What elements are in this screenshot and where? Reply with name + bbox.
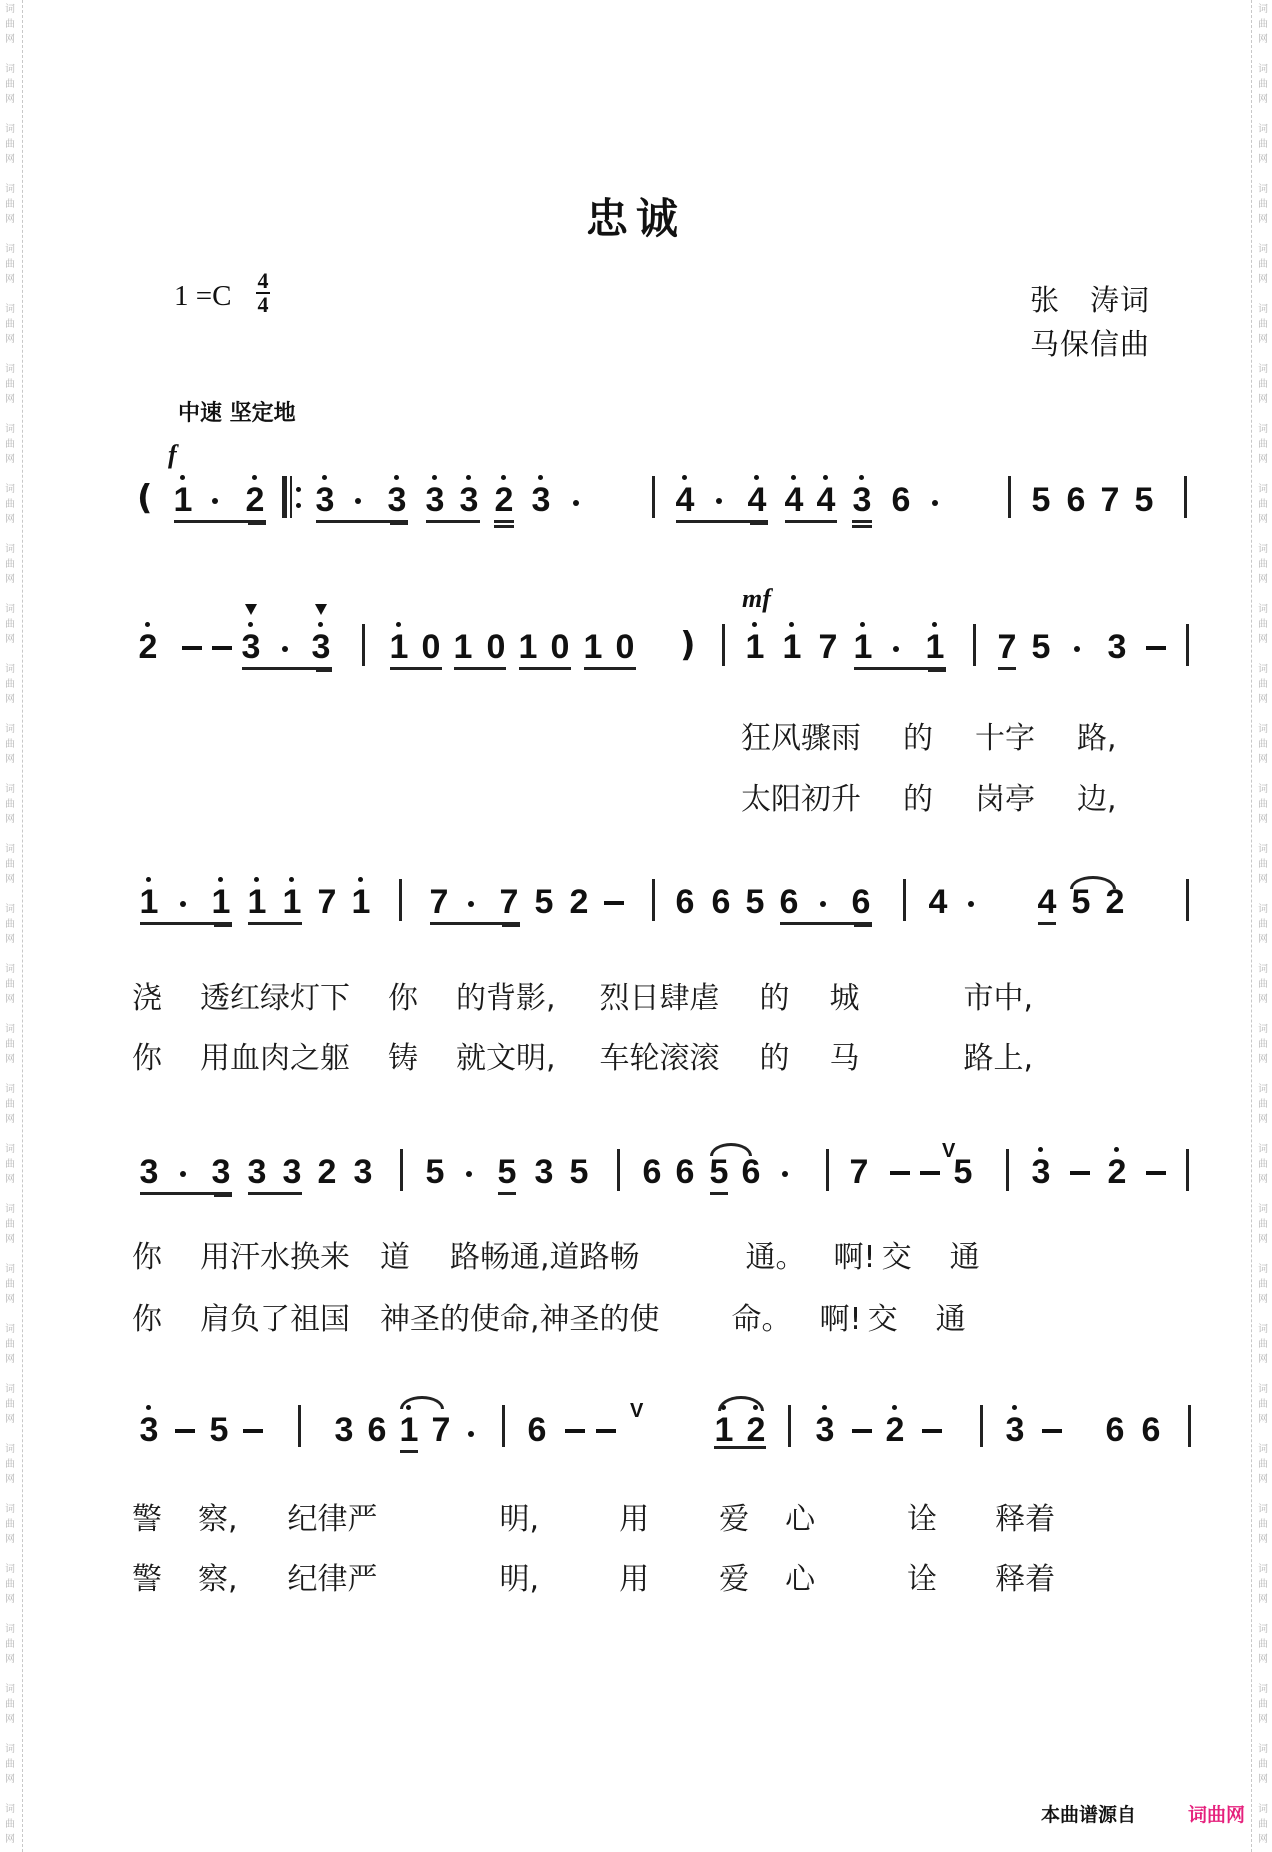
underline — [785, 520, 837, 523]
extension-dash — [212, 646, 232, 650]
note: 1 — [582, 630, 604, 664]
watermark-char: 词 — [4, 482, 16, 497]
barline — [1184, 476, 1187, 518]
lyrics-line4-verse2: 你肩负了祖国神圣的使命,神圣的使命。啊!交通 — [132, 1294, 966, 1338]
watermark-char: 网 — [1257, 992, 1269, 1007]
watermark-char: 网 — [4, 1472, 16, 1487]
repeat-barline-thick — [282, 476, 287, 518]
note: 3 — [1030, 1155, 1052, 1189]
note: 0 — [485, 630, 507, 664]
watermark-char: 词 — [1257, 1322, 1269, 1337]
augmentation-dot — [782, 1171, 788, 1177]
watermark-char: 词 — [1257, 1742, 1269, 1757]
watermark-char: 曲 — [1257, 1157, 1269, 1172]
watermark-char: 曲 — [1257, 1457, 1269, 1472]
watermark-char: 网 — [1257, 512, 1269, 527]
barline — [1008, 476, 1011, 518]
barline — [788, 1405, 791, 1447]
watermark-char: 曲 — [1257, 497, 1269, 512]
barline — [980, 1405, 983, 1447]
watermark-char: 曲 — [4, 1637, 16, 1652]
underline — [714, 1446, 766, 1449]
watermark-char: 词 — [4, 122, 16, 137]
watermark-char: 词 — [4, 1142, 16, 1157]
watermark-char: 曲 — [1257, 1637, 1269, 1652]
note: 6 — [674, 885, 696, 919]
watermark-char: 曲 — [1257, 797, 1269, 812]
note: 0 — [549, 630, 571, 664]
watermark-char: 词 — [4, 1262, 16, 1277]
note: 5 — [952, 1155, 974, 1189]
note: 2 — [884, 1413, 906, 1447]
watermark-char: 词 — [1257, 1622, 1269, 1637]
watermark-char: 网 — [4, 992, 16, 1007]
watermark-char: 网 — [1257, 1592, 1269, 1607]
watermark-char: 词 — [4, 1502, 16, 1517]
note: 3 — [814, 1413, 836, 1447]
watermark-char: 词 — [4, 1022, 16, 1037]
note: 3 — [210, 1155, 232, 1189]
note: 5 — [533, 885, 555, 919]
watermark-char: 词 — [1257, 1562, 1269, 1577]
watermark-char: 曲 — [1257, 1397, 1269, 1412]
watermark-char: 曲 — [1257, 917, 1269, 932]
extension-dash — [1042, 1429, 1062, 1433]
watermark-char: 词 — [4, 1682, 16, 1697]
augmentation-dot — [466, 1171, 472, 1177]
note: 3 — [533, 1155, 555, 1189]
watermark-char: 网 — [4, 872, 16, 887]
watermark-char: 网 — [1257, 632, 1269, 647]
augmentation-dot — [180, 901, 186, 907]
note: 4 — [674, 483, 696, 517]
watermark-char: 网 — [4, 1172, 16, 1187]
note: 4 — [815, 483, 837, 517]
watermark-char: 网 — [1257, 1412, 1269, 1427]
note: 7 — [430, 1413, 452, 1447]
watermark-char: 网 — [4, 332, 16, 347]
watermark-char: 曲 — [4, 257, 16, 272]
barline — [1186, 879, 1189, 921]
watermark-char: 网 — [4, 152, 16, 167]
watermark-char: 曲 — [1257, 677, 1269, 692]
note: 5 — [496, 1155, 518, 1189]
extension-dash — [182, 646, 202, 650]
watermark-char: 网 — [1257, 1292, 1269, 1307]
watermark-char: 网 — [1257, 1172, 1269, 1187]
watermark-char: 网 — [4, 1652, 16, 1667]
lyrics-line3-verse2: 你用血肉之躯铸就文明,车轮滚滚的马路上, — [132, 1033, 1033, 1077]
note: 2 — [493, 483, 515, 517]
barline — [399, 879, 402, 921]
underline — [494, 520, 514, 523]
underline — [1038, 922, 1056, 925]
watermark-char: 词 — [1257, 1802, 1269, 1817]
note: 4 — [1036, 885, 1058, 919]
watermark-char: 曲 — [4, 1337, 16, 1352]
watermark-char: 词 — [4, 1382, 16, 1397]
extension-dash — [922, 1429, 942, 1433]
underline — [498, 1192, 516, 1195]
augmentation-dot — [468, 901, 474, 907]
underline — [426, 520, 480, 523]
watermark-char: 曲 — [1257, 977, 1269, 992]
key-signature: 1 =C — [174, 280, 231, 313]
watermark-char: 网 — [4, 512, 16, 527]
watermark-char: 词 — [4, 542, 16, 557]
source-label: 本曲谱源自 — [1041, 1800, 1136, 1827]
repeat-dot — [296, 487, 301, 492]
watermark-char: 网 — [1257, 1352, 1269, 1367]
watermark-char: 曲 — [4, 317, 16, 332]
watermark-char: 网 — [4, 1592, 16, 1607]
watermark-char: 曲 — [1257, 1697, 1269, 1712]
note: 5 — [1030, 483, 1052, 517]
note: 1 — [172, 483, 194, 517]
underline — [214, 1192, 232, 1197]
note: 1 — [924, 630, 946, 664]
watermark-char: 词 — [1257, 1082, 1269, 1097]
watermark-char: 曲 — [1257, 137, 1269, 152]
augmentation-dot — [716, 498, 722, 504]
watermark-char: 网 — [1257, 272, 1269, 287]
watermark-char: 网 — [1257, 452, 1269, 467]
watermark-char: 网 — [4, 1532, 16, 1547]
watermark-char: 词 — [4, 1562, 16, 1577]
watermark-char: 词 — [1257, 302, 1269, 317]
watermark-char: 曲 — [4, 737, 16, 752]
watermark-char: 曲 — [1257, 17, 1269, 32]
note: 1 — [281, 885, 303, 919]
watermark-char: 曲 — [4, 1277, 16, 1292]
watermark-char: 词 — [4, 1742, 16, 1757]
watermark-char: 词 — [4, 722, 16, 737]
note: 7 — [1099, 483, 1121, 517]
barline — [652, 879, 655, 921]
barline — [617, 1149, 620, 1191]
note: 2 — [244, 483, 266, 517]
augmentation-dot — [282, 646, 288, 652]
watermark-char: 曲 — [4, 137, 16, 152]
watermark-char: 曲 — [1257, 557, 1269, 572]
barline — [973, 624, 976, 666]
underline — [316, 667, 332, 672]
watermark-char: 词 — [1257, 542, 1269, 557]
note: 2 — [137, 630, 159, 664]
watermark-char: 词 — [4, 2, 16, 17]
watermark-char: 网 — [4, 92, 16, 107]
watermark-char: 词 — [4, 1622, 16, 1637]
watermark-char: 曲 — [1257, 317, 1269, 332]
watermark-char: 曲 — [4, 917, 16, 932]
augmentation-dot — [893, 646, 899, 652]
note: 1 — [210, 885, 232, 919]
watermark-char: 词 — [1257, 362, 1269, 377]
watermark-char: 网 — [1257, 1712, 1269, 1727]
watermark-char: 词 — [4, 962, 16, 977]
note: 1 — [388, 630, 410, 664]
repeat-dot — [296, 503, 301, 508]
underline — [502, 922, 520, 927]
watermark-char: 网 — [4, 572, 16, 587]
note: 5 — [744, 885, 766, 919]
watermark-char: 词 — [1257, 902, 1269, 917]
watermark-char: 网 — [4, 272, 16, 287]
watermark-char: 曲 — [4, 1577, 16, 1592]
note: 1 — [350, 885, 372, 919]
underline — [852, 520, 872, 523]
extension-dash — [243, 1429, 263, 1433]
brand-link[interactable]: 词曲网 — [1188, 1800, 1245, 1827]
note: 7 — [498, 885, 520, 919]
note: 2 — [1106, 1155, 1128, 1189]
watermark-char: 曲 — [1257, 1337, 1269, 1352]
watermark-char: 词 — [4, 1202, 16, 1217]
note: 3 — [138, 1413, 160, 1447]
note: 7 — [316, 885, 338, 919]
composer-credit: 马保信曲 — [1030, 322, 1150, 363]
note: 5 — [424, 1155, 446, 1189]
lyrics-line4-verse1: 你用汗水换来道路畅通,道路畅通。啊!交通 — [132, 1232, 980, 1276]
watermark-char: 词 — [1257, 1142, 1269, 1157]
lyrics-line5-verse1: 警察,纪律严明,用爱心诠释着 — [132, 1494, 1055, 1538]
augmentation-dot — [1074, 646, 1080, 652]
dynamic-mezzo-forte: mf — [742, 584, 771, 614]
watermark-char: 曲 — [1257, 1217, 1269, 1232]
note: 2 — [316, 1155, 338, 1189]
watermark-char: 网 — [4, 1712, 16, 1727]
lyricist-credit: 张 涛词 — [1030, 278, 1150, 319]
watermark-char: 词 — [4, 362, 16, 377]
watermark-char: 词 — [4, 422, 16, 437]
watermark-char: 网 — [4, 932, 16, 947]
note: 4 — [746, 483, 768, 517]
watermark-char: 网 — [1257, 92, 1269, 107]
watermark-char: 曲 — [1257, 737, 1269, 752]
watermark-char: 曲 — [4, 677, 16, 692]
note: 5 — [1070, 885, 1092, 919]
extension-dash — [890, 1171, 910, 1175]
extension-dash — [596, 1429, 616, 1433]
song-title: 忠诚 — [0, 186, 1272, 246]
watermark-char: 网 — [4, 1772, 16, 1787]
note: 3 — [246, 1155, 268, 1189]
note: 7 — [848, 1155, 870, 1189]
note: 4 — [927, 885, 949, 919]
lyrics-line5-verse2: 警察,纪律严明,用爱心诠释着 — [132, 1554, 1055, 1598]
repeat-barline-thin — [290, 476, 292, 518]
augmentation-dot — [968, 901, 974, 907]
note: 0 — [420, 630, 442, 664]
note: 1 — [744, 630, 766, 664]
left-watermark-strip: 词曲网词曲网词曲网词曲网词曲网词曲网词曲网词曲网词曲网词曲网词曲网词曲网词曲网词… — [0, 0, 23, 1852]
extension-dash — [175, 1429, 195, 1433]
watermark-char: 曲 — [1257, 77, 1269, 92]
note: 6 — [366, 1413, 388, 1447]
note: 1 — [398, 1413, 420, 1447]
note: 6 — [778, 885, 800, 919]
barline — [502, 1405, 505, 1447]
watermark-char: 网 — [4, 452, 16, 467]
time-sig-bottom: 4 — [256, 294, 270, 316]
extension-dash — [565, 1429, 585, 1433]
barline — [652, 476, 655, 518]
note: 3 — [352, 1155, 374, 1189]
watermark-char: 曲 — [1257, 1517, 1269, 1532]
barline — [826, 1149, 829, 1191]
note: 0 — [614, 630, 636, 664]
watermark-char: 词 — [1257, 1262, 1269, 1277]
watermark-char: 网 — [4, 1232, 16, 1247]
watermark-char: 网 — [4, 692, 16, 707]
watermark-char: 网 — [1257, 752, 1269, 767]
watermark-char: 网 — [1257, 872, 1269, 887]
watermark-char: 网 — [1257, 1052, 1269, 1067]
watermark-char: 词 — [1257, 422, 1269, 437]
watermark-char: 词 — [4, 302, 16, 317]
underline — [998, 667, 1016, 670]
underline — [454, 667, 506, 670]
watermark-char: 词 — [1257, 602, 1269, 617]
augmentation-dot — [573, 500, 579, 506]
note: 1 — [138, 885, 160, 919]
watermark-char: 词 — [4, 1082, 16, 1097]
extension-dash — [852, 1429, 872, 1433]
lyrics-line3-verse1: 浇透红绿灯下你的背影,烈日肆虐的城市中, — [132, 973, 1033, 1017]
underline — [584, 667, 636, 670]
underline — [248, 1192, 302, 1195]
watermark-char: 曲 — [4, 1817, 16, 1832]
watermark-char: 曲 — [4, 17, 16, 32]
augmentation-dot — [212, 498, 218, 504]
accent-mark — [245, 604, 257, 615]
note: 3 — [281, 1155, 303, 1189]
augmentation-dot — [468, 1431, 474, 1437]
watermark-char: 网 — [1257, 152, 1269, 167]
note: 3 — [333, 1413, 355, 1447]
watermark-char: 词 — [4, 782, 16, 797]
note: 3 — [310, 630, 332, 664]
watermark-char: 网 — [1257, 332, 1269, 347]
extension-dash — [1146, 646, 1166, 650]
watermark-char: 网 — [1257, 932, 1269, 947]
underline — [854, 922, 872, 927]
watermark-char: 曲 — [1257, 1577, 1269, 1592]
barline — [722, 624, 725, 666]
underline — [390, 667, 442, 670]
watermark-char: 网 — [4, 392, 16, 407]
watermark-char: 曲 — [1257, 1817, 1269, 1832]
watermark-char: 网 — [1257, 1112, 1269, 1127]
watermark-char: 曲 — [4, 797, 16, 812]
note: 1 — [852, 630, 874, 664]
watermark-char: 网 — [1257, 392, 1269, 407]
watermark-char: 曲 — [1257, 257, 1269, 272]
underline — [710, 1192, 728, 1195]
watermark-char: 曲 — [1257, 857, 1269, 872]
watermark-char: 词 — [4, 602, 16, 617]
note: 3 — [851, 483, 873, 517]
note: 3 — [138, 1155, 160, 1189]
watermark-char: 网 — [1257, 572, 1269, 587]
note: 5 — [708, 1155, 730, 1189]
watermark-char: 词 — [1257, 482, 1269, 497]
watermark-char: 曲 — [4, 977, 16, 992]
watermark-char: 曲 — [4, 617, 16, 632]
extension-dash — [1146, 1171, 1166, 1175]
underline — [494, 525, 514, 528]
note: 6 — [710, 885, 732, 919]
watermark-char: 词 — [1257, 1682, 1269, 1697]
watermark-char: 曲 — [4, 77, 16, 92]
watermark-char: 曲 — [1257, 377, 1269, 392]
watermark-char: 词 — [1257, 782, 1269, 797]
note: 5 — [1030, 630, 1052, 664]
note: 7 — [817, 630, 839, 664]
underline — [519, 667, 571, 670]
watermark-char: 网 — [4, 812, 16, 827]
watermark-char: 网 — [1257, 812, 1269, 827]
underline — [928, 667, 946, 672]
underline-cap — [248, 520, 266, 525]
note: 1 — [452, 630, 474, 664]
watermark-char: 网 — [1257, 1772, 1269, 1787]
watermark-char: 词 — [4, 1442, 16, 1457]
barline — [1186, 1149, 1189, 1191]
underline — [750, 520, 768, 525]
watermark-char: 曲 — [1257, 1097, 1269, 1112]
augmentation-dot — [355, 498, 361, 504]
note: 4 — [783, 483, 805, 517]
watermark-char: 曲 — [1257, 1757, 1269, 1772]
augmentation-dot — [180, 1171, 186, 1177]
watermark-char: 词 — [4, 662, 16, 677]
watermark-char: 曲 — [4, 1457, 16, 1472]
lyrics-line2-verse2: 太阳初升的岗亭边, — [741, 774, 1117, 818]
underline — [400, 1450, 418, 1453]
watermark-char: 曲 — [4, 1157, 16, 1172]
note: 3 — [314, 483, 336, 517]
note: 3 — [530, 483, 552, 517]
note: 3 — [240, 630, 262, 664]
note: 2 — [1104, 885, 1126, 919]
watermark-char: 词 — [1257, 2, 1269, 17]
note: 3 — [424, 483, 446, 517]
watermark-char: 词 — [4, 1322, 16, 1337]
note: 1 — [713, 1413, 735, 1447]
underline — [214, 922, 232, 927]
right-watermark-strip: 词曲网词曲网词曲网词曲网词曲网词曲网词曲网词曲网词曲网词曲网词曲网词曲网词曲网词… — [1251, 0, 1272, 1852]
watermark-char: 网 — [1257, 1472, 1269, 1487]
dynamic-forte: f — [168, 440, 177, 470]
slur — [400, 1396, 444, 1409]
barline — [1186, 624, 1189, 666]
watermark-char: 曲 — [4, 497, 16, 512]
watermark-char: 词 — [1257, 722, 1269, 737]
extension-dash — [604, 901, 624, 905]
watermark-char: 曲 — [4, 1037, 16, 1052]
watermark-char: 网 — [1257, 1532, 1269, 1547]
watermark-char: 曲 — [4, 1097, 16, 1112]
watermark-char: 网 — [1257, 1232, 1269, 1247]
watermark-char: 网 — [4, 32, 16, 47]
time-signature: 4 4 — [256, 270, 270, 316]
note: 7 — [996, 630, 1018, 664]
watermark-char: 曲 — [4, 1397, 16, 1412]
watermark-char: 网 — [4, 1112, 16, 1127]
watermark-char: 词 — [1257, 62, 1269, 77]
watermark-char: 网 — [4, 1352, 16, 1367]
